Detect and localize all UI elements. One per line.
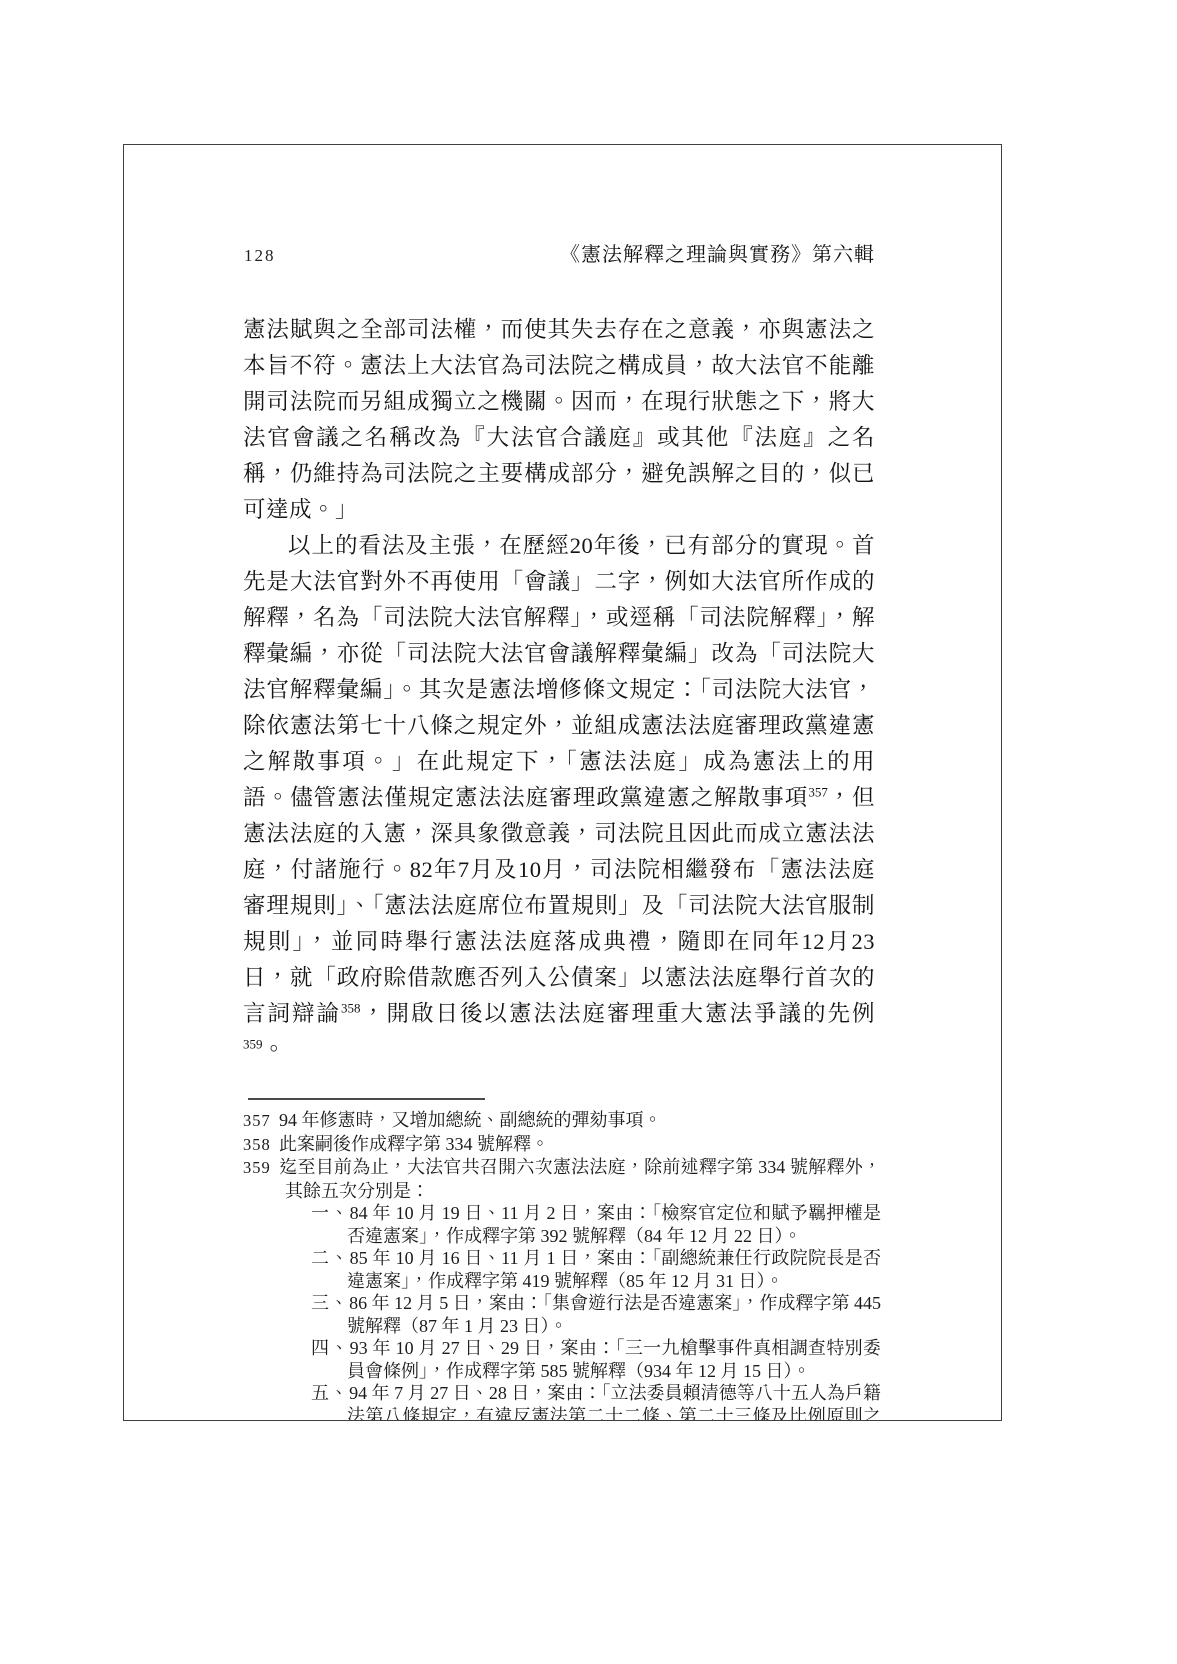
- item-label: 三、: [311, 1293, 349, 1313]
- item-text: 94 年 7 月 27 日、28 日，案由：「立法委員賴清德等八十五人為戶籍法第…: [347, 1383, 881, 1421]
- footnote-number: 358: [243, 1134, 279, 1157]
- paragraph-2-text: ，開啟日後以憲法法庭審理重大憲法爭議的先例: [361, 1001, 875, 1026]
- footnote-ref-358: 358: [341, 1001, 361, 1016]
- footnote-ref-357: 357: [808, 785, 828, 800]
- item-text: 93 年 10 月 27 日、29 日，案由：「三一九槍擊事件真相調查特別委員會…: [347, 1338, 881, 1381]
- item-label: 五、: [311, 1383, 349, 1403]
- item-label: 二、: [311, 1248, 350, 1268]
- footnote-number: 357: [243, 1110, 279, 1133]
- item-label: 四、: [311, 1338, 350, 1358]
- paragraph-2: 以上的看法及主張，在歷經20年後，已有部分的實現。首先是大法官對外不再使用「會議…: [243, 528, 875, 1068]
- footnotes: 35794 年修憲時，又增加總統、副總統的彈劾事項。 358此案嗣後作成釋字第 …: [243, 1109, 881, 1421]
- footnote-357: 35794 年修憲時，又增加總統、副總統的彈劾事項。: [243, 1109, 881, 1133]
- footnote-359: 359迄至目前為止，大法官共召開六次憲法法庭，除前述釋字第 334 號解釋外，其…: [243, 1156, 881, 1421]
- page-header: 128 《憲法解釋之理論與實務》第六輯: [244, 241, 875, 270]
- footnote-text: 此案嗣後作成釋字第 334 號解釋。: [279, 1134, 549, 1154]
- footnote-359-items: 一、84 年 10 月 19 日、11 月 2 日，案由：「檢察官定位和賦予羈押…: [311, 1202, 881, 1421]
- header-title: 《憲法解釋之理論與實務》第六輯: [560, 241, 875, 269]
- item-text: 85 年 10 月 16 日、11 月 1 日，案由：「副總統兼任行政院院長是否…: [347, 1248, 881, 1291]
- footnote-item-2: 二、85 年 10 月 16 日、11 月 1 日，案由：「副總統兼任行政院院長…: [311, 1247, 881, 1292]
- footnote-item-4: 四、93 年 10 月 27 日、29 日，案由：「三一九槍擊事件真相調查特別委…: [311, 1337, 881, 1382]
- item-text: 86 年 12 月 5 日，案由：「集會遊行法是否違憲案」，作成釋字第 445 …: [347, 1293, 881, 1336]
- footnote-separator-rule: [248, 1098, 485, 1100]
- paragraph-2-text: ，但憲法法庭的入憲，深具象徵意義，司法院且因此而成立憲法法庭，付諸施行。82年7…: [243, 785, 875, 1026]
- footnote-text: 94 年修憲時，又增加總統、副總統的彈劾事項。: [279, 1110, 662, 1130]
- body-text: 憲法賦與之全部司法權，而使其失去存在之意義，亦與憲法之本旨不符。憲法上大法官為司…: [243, 312, 875, 1068]
- book-page: 128 《憲法解釋之理論與實務》第六輯 憲法賦與之全部司法權，而使其失去存在之意…: [123, 144, 1002, 1421]
- footnote-item-5: 五、94 年 7 月 27 日、28 日，案由：「立法委員賴清德等八十五人為戶籍…: [311, 1382, 881, 1421]
- footnote-number: 359: [243, 1157, 279, 1180]
- footnote-358: 358此案嗣後作成釋字第 334 號解釋。: [243, 1133, 881, 1157]
- footnote-ref-359: 359: [243, 1037, 263, 1052]
- footnote-item-3: 三、86 年 12 月 5 日，案由：「集會遊行法是否違憲案」，作成釋字第 44…: [311, 1292, 881, 1337]
- footnote-text: 迄至目前為止，大法官共召開六次憲法法庭，除前述釋字第 334 號解釋外，其餘五次…: [279, 1157, 881, 1201]
- page-number: 128: [244, 242, 276, 270]
- paragraph-1: 憲法賦與之全部司法權，而使其失去存在之意義，亦與憲法之本旨不符。憲法上大法官為司…: [243, 312, 875, 528]
- paragraph-2-text: 以上的看法及主張，在歷經20年後，已有部分的實現。首先是大法官對外不再使用「會議…: [243, 533, 875, 810]
- item-text: 84 年 10 月 19 日、11 月 2 日，案由：「檢察官定位和賦予羈押權是…: [347, 1203, 881, 1246]
- document-canvas: { "page": { "number": "128", "header_tit…: [0, 0, 1177, 1664]
- paragraph-2-text: 。: [263, 1037, 286, 1062]
- item-label: 一、: [311, 1203, 350, 1223]
- footnote-item-1: 一、84 年 10 月 19 日、11 月 2 日，案由：「檢察官定位和賦予羈押…: [311, 1202, 881, 1247]
